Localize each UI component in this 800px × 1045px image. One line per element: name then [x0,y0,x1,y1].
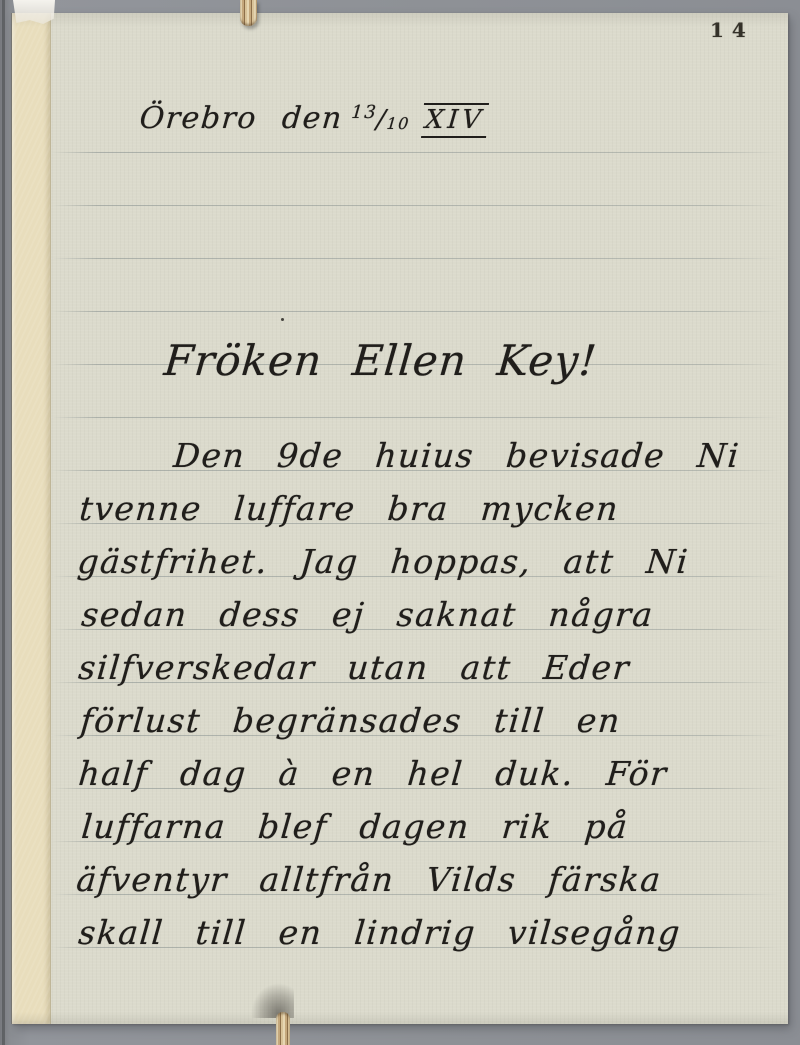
tape-fragment [13,0,55,24]
rule-line [52,205,780,206]
handwritten-line: luffarna blef dagen rik på [80,809,630,845]
rule-line [52,311,780,312]
handwritten-line: sedan dess ej saknat några [80,597,655,633]
dateline-year: XIV [421,103,490,138]
rule-line [52,258,780,259]
page-number: 14 [710,18,754,42]
handwritten-line: skall till en lindrig vilsegång [77,915,682,951]
dateline: Örebro den13/10XIV [138,101,489,138]
dateline-place: Örebro den [138,101,344,136]
handwritten-line: äfventyr alltfrån Vilds färska [75,862,663,898]
handwritten-line: Den 9de huius bevisade Ni [172,438,741,474]
scanned-letter-scene: 14 Örebro den13/10XIV Fröken Ellen Key! … [0,0,800,1045]
salutation: Fröken Ellen Key! [162,335,599,387]
ink-speck [281,318,284,321]
handwritten-line: half dag à en hel duk. För [77,756,669,792]
letter-page: 14 Örebro den13/10XIV Fröken Ellen Key! … [12,13,788,1024]
dateline-day-month: 13/10 [349,101,412,136]
rule-line [52,417,780,418]
wooden-fastener-bottom [276,1012,290,1045]
handwritten-line: tvenne luffare bra mycken [78,491,621,527]
handwritten-line: silfverskedar utan att Eder [77,650,632,686]
rule-line [52,152,780,153]
handwritten-line: förlust begränsades till en [79,703,622,739]
wooden-fastener-top [240,0,257,26]
handwritten-line: gästfrihet. Jag hoppas, att Ni [76,544,690,580]
binding-stub [12,13,51,1024]
